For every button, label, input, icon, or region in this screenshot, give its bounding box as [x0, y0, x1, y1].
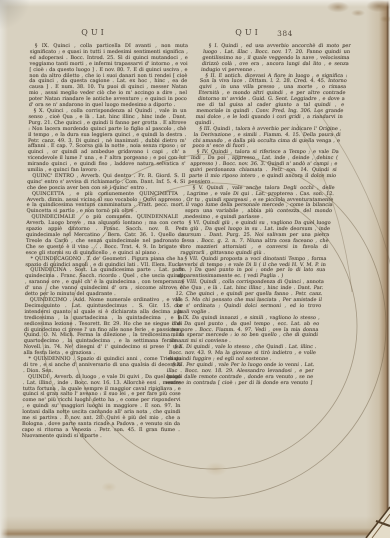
paragraph: QUINDECINA . Sost. La quindicesima parte… — [25, 268, 184, 298]
page-number: 384 — [270, 29, 300, 38]
paragraph: QUINDI , Avverb. di luogo , e vale Di qu… — [22, 375, 181, 440]
text-column-left: § IX. Quinci , colla particella DI avant… — [22, 44, 188, 440]
paragraph: § IV. Quindi , talora si riferisce a Tem… — [188, 150, 339, 185]
paragraph: § I. Quindi , ed usa avverbio ancorchè d… — [201, 44, 351, 74]
paragraph: § VIII. Quindi , colla corrispondenza di… — [173, 280, 324, 315]
paragraph: § IX. Da quindi innanzi , e simili , vag… — [170, 316, 320, 346]
paragraph: § X. Di quindi , vale lo stesso , che Qu… — [168, 345, 317, 363]
paragraph: § VII. Quindi proposta a voci dinotanti … — [177, 257, 327, 281]
book-page: QUI QUI 384 § IX. Quinci , colla partice… — [0, 0, 390, 538]
paragraph: § IX. Quinci , colla particella DI avant… — [29, 44, 188, 109]
paragraph: * QUINDENNIO . Spazio di quindici anni ,… — [23, 357, 181, 375]
paragraph: § VI. Quindi giù , e quindi su , vaglion… — [180, 221, 331, 256]
paragraph: § X. Quinci , colla corrispondenza al Qu… — [27, 109, 186, 174]
corner-fold-mark — [366, 507, 390, 538]
paragraph: § II. E antich. dicevasi A fiore in luog… — [195, 74, 348, 127]
text-column-right: § I. Quindi , ed usa avverbio ancorchè d… — [164, 44, 351, 392]
paragraph: QUINDECIMALE , o più comunem. QUINDENNAL… — [26, 215, 185, 256]
running-header-left: QUI — [68, 28, 120, 37]
paragraph: § V. Quindi , vale anche talora Degli oc… — [184, 186, 335, 221]
paragraph: § III. Quindi , talora è avverbio per in… — [192, 127, 342, 151]
running-header-right: QUI — [222, 28, 274, 37]
paragraph: QUINCETTA , e più comunemente QUINCINETT… — [26, 192, 184, 216]
paragraph: § XI. Per quindi , vale Per lo luogo ond… — [164, 363, 314, 393]
paragraph: QUINC' ENTRO , Avverb. Qui dentro . Fr. … — [27, 174, 185, 192]
paragraph: QUINDECIMO . Add. Nome numerale ordinati… — [23, 298, 182, 357]
